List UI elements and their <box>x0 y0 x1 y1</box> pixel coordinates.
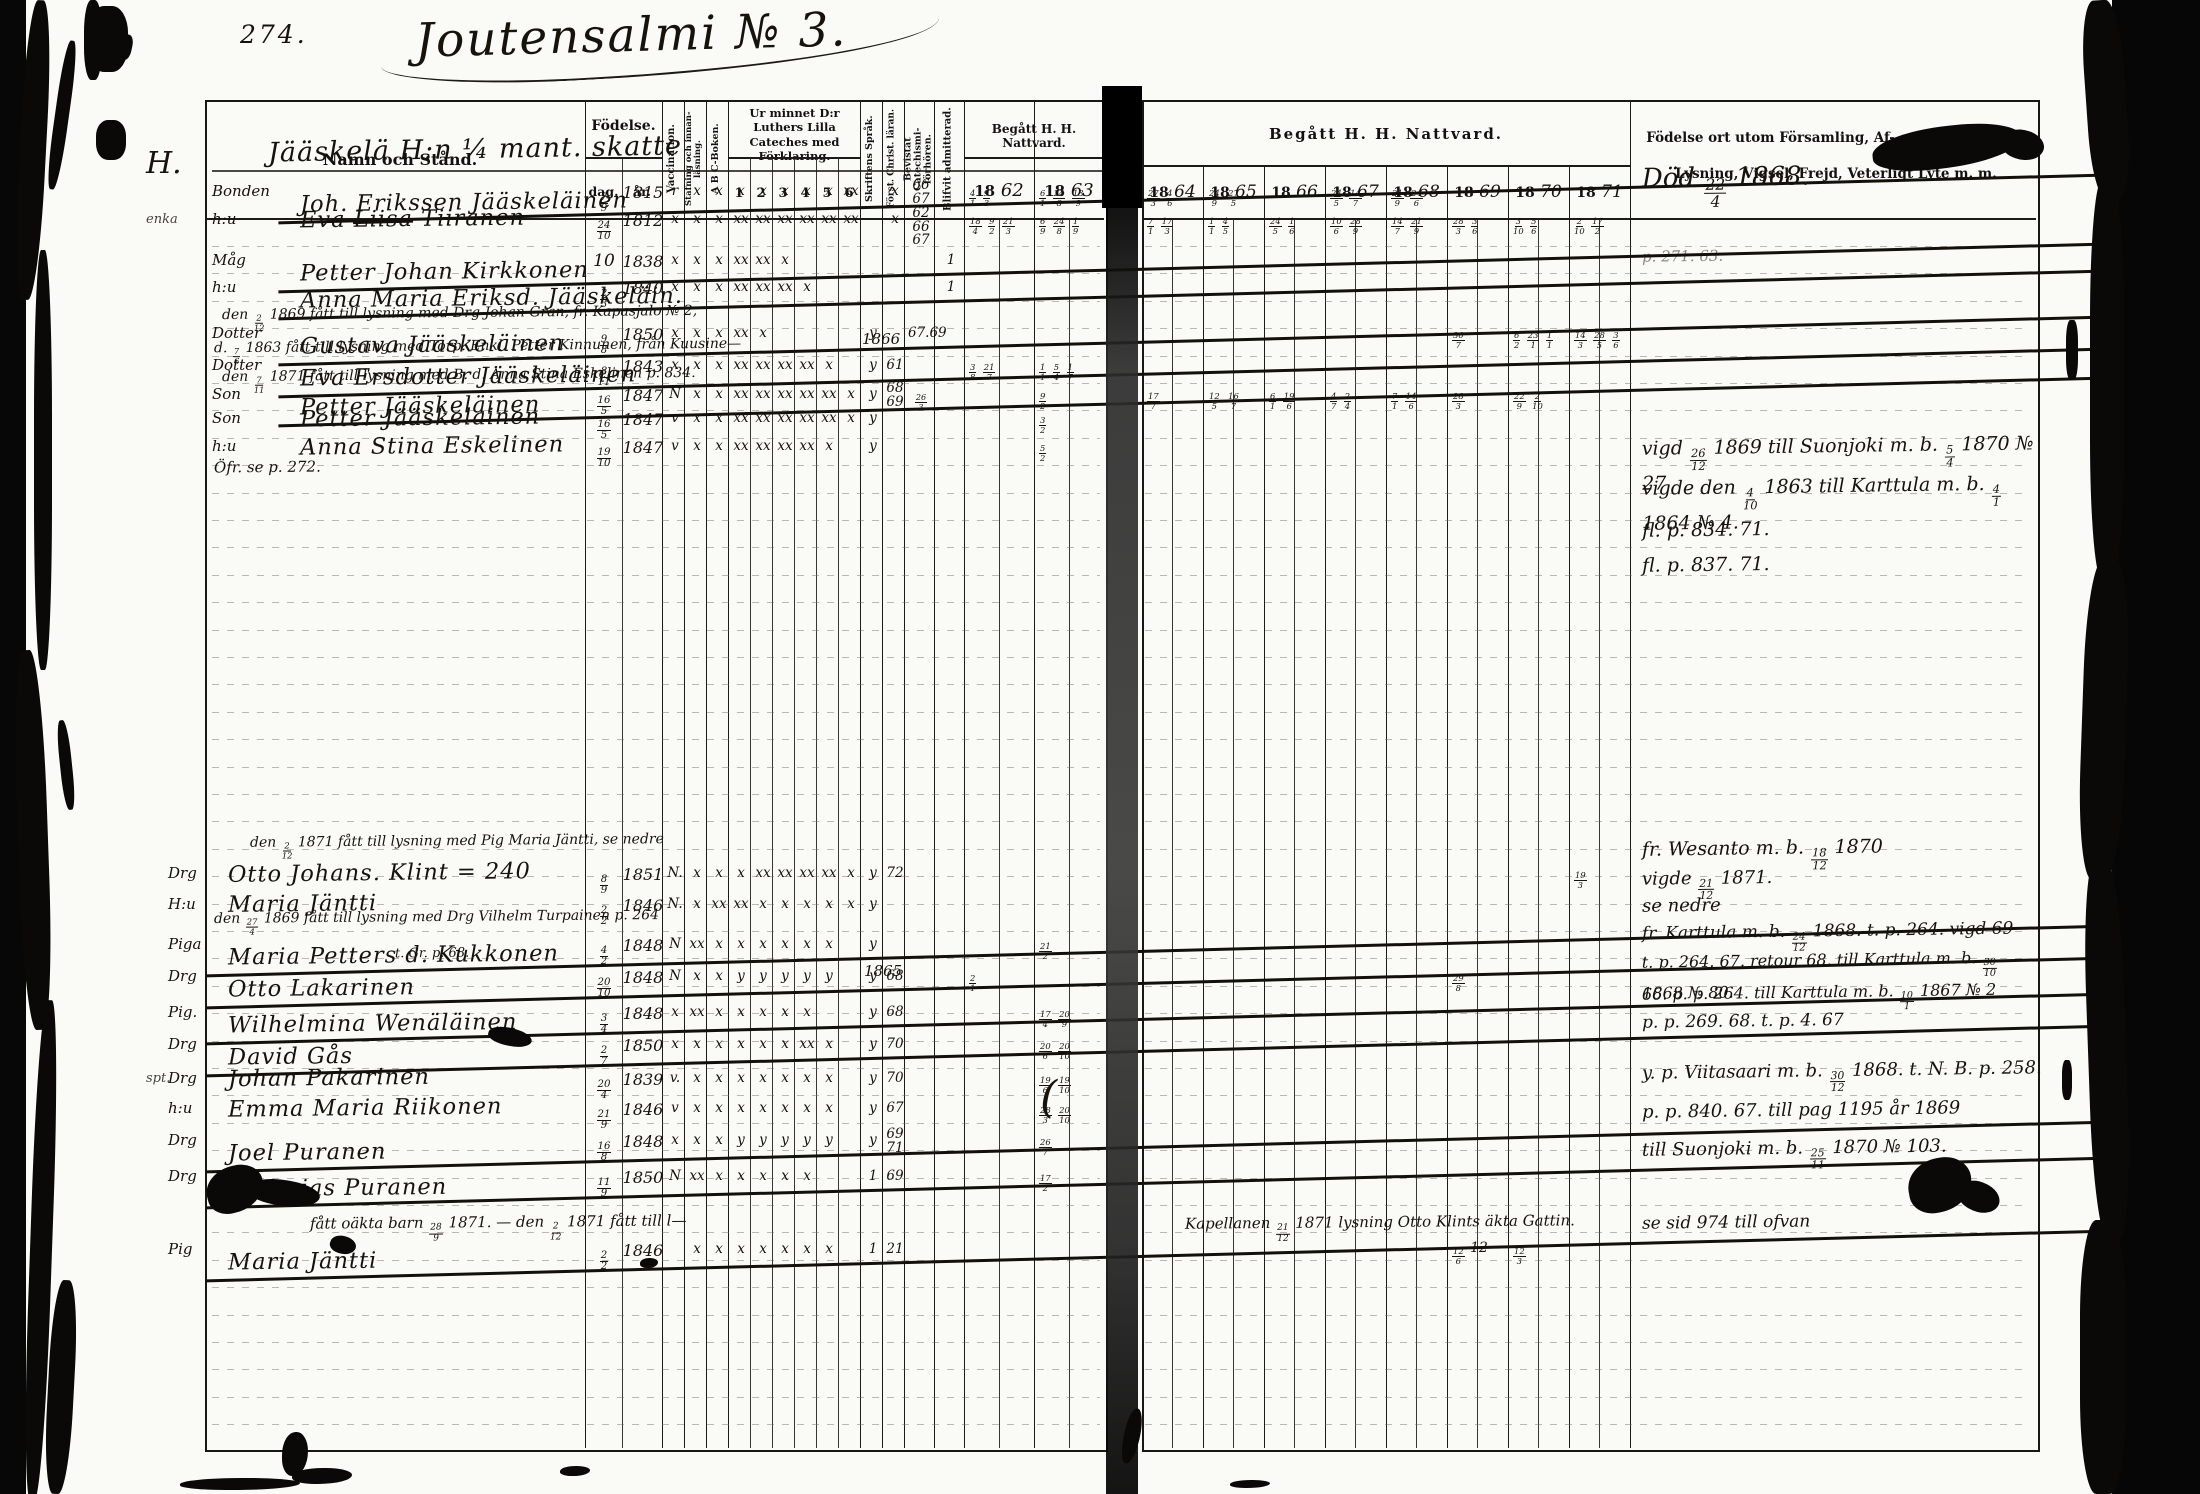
scan-edge-streak <box>2080 1220 2126 1494</box>
scanned-parish-register-page: 274. Joutensalmi № 3. Namn och Stånd. Fö… <box>0 0 2200 1494</box>
ink-blot <box>292 1468 352 1484</box>
ink-blot <box>560 1466 590 1476</box>
ink-blot <box>328 1232 359 1258</box>
ink-blot <box>180 1478 300 1490</box>
scan-edge-streak <box>2066 320 2078 380</box>
ink-blot <box>640 1258 658 1268</box>
scan-artifacts-layer <box>0 0 2200 1494</box>
scan-edge-streak <box>2062 1060 2072 1100</box>
book-gutter-top <box>1102 86 1142 208</box>
ink-blot <box>1230 1480 1270 1488</box>
scan-edge-streak <box>55 720 76 811</box>
ink-blot <box>246 1174 321 1212</box>
scan-edge-streak <box>96 120 126 160</box>
book-gutter <box>1106 88 1138 1494</box>
scan-edge-streak <box>34 250 52 670</box>
scan-edge-streak <box>2090 180 2124 580</box>
ink-blot <box>486 1023 533 1052</box>
scan-edge-right <box>2112 0 2200 1494</box>
scan-edge-streak <box>45 40 80 190</box>
